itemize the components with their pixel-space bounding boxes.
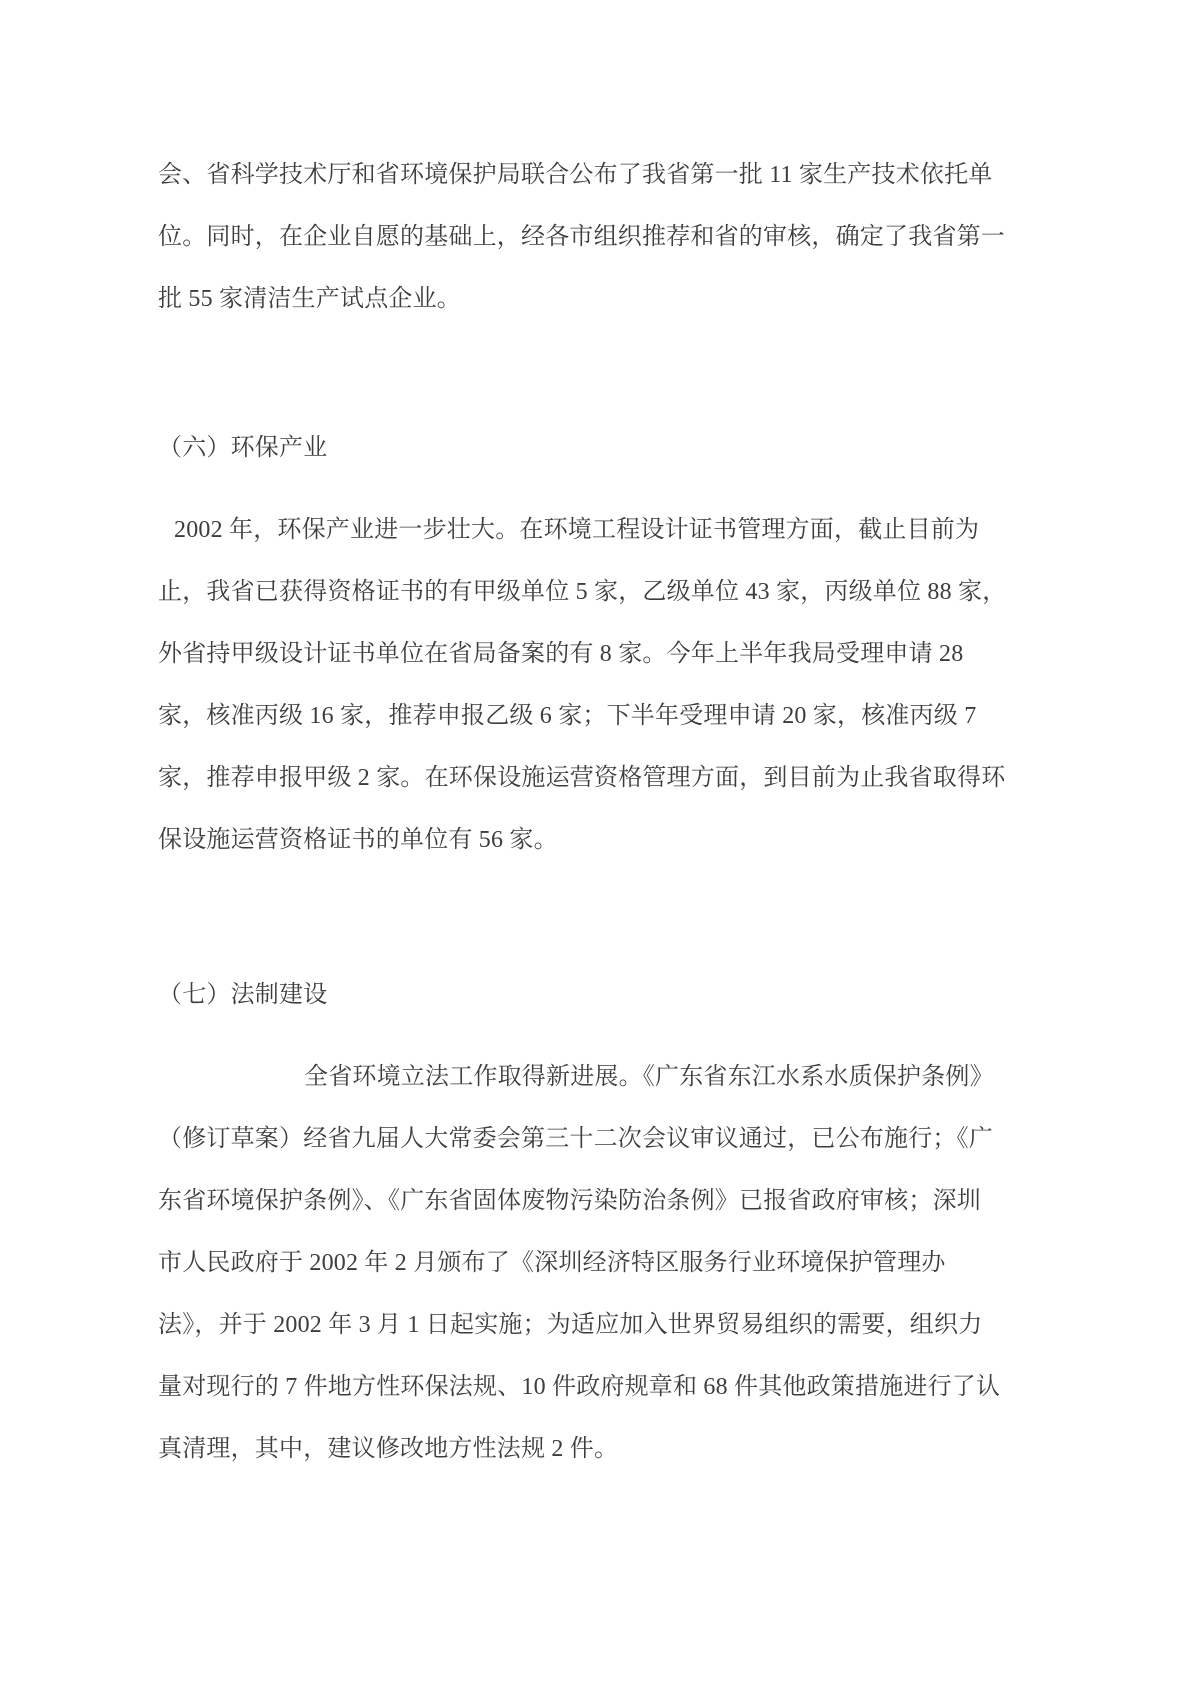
text-line: 家，核准丙级 16 家，推荐申报乙级 6 家；下半年受理申请 20 家，核准丙级… [158,685,1048,747]
text-line: 市人民政府于 2002 年 2 月颁布了《深圳经济特区服务行业环境保护管理办 [158,1232,1048,1294]
text-line: 真清理，其中，建议修改地方性法规 2 件。 [158,1418,1048,1480]
heading-text: （七）法制建设 [158,964,1048,1026]
text-line: 2002 年，环保产业进一步壮大。在环境工程设计证书管理方面，截止目前为 [158,499,1048,561]
text-line: 法》，并于 2002 年 3 月 1 日起实施；为适应加入世界贸易组织的需要，组… [158,1294,1048,1356]
section-heading-legal-construction: （七）法制建设 [158,964,1048,1026]
text-line: 止，我省已获得资格证书的有甲级单位 5 家，乙级单位 43 家，丙级单位 88 … [158,561,1048,623]
paragraph-environmental-industry: 2002 年，环保产业进一步壮大。在环境工程设计证书管理方面，截止目前为 止，我… [158,499,1048,871]
text-line: 位。同时，在企业自愿的基础上，经各市组织推荐和省的审核，确定了我省第一 [158,206,1048,268]
text-line: 批 55 家清洁生产试点企业。 [158,268,1048,330]
text-line: 东省环境保护条例》、《广东省固体废物污染防治条例》已报省政府审核；深圳 [158,1170,1048,1232]
paragraph-cleaner-production: 会、省科学技术厅和省环境保护局联合公布了我省第一批 11 家生产技术依托单 位。… [158,144,1048,330]
text-line: 外省持甲级设计证书单位在省局备案的有 8 家。今年上半年我局受理申请 28 [158,623,1048,685]
document-page: 会、省科学技术厅和省环境保护局联合公布了我省第一批 11 家生产技术依托单 位。… [0,0,1191,1684]
text-line: 会、省科学技术厅和省环境保护局联合公布了我省第一批 11 家生产技术依托单 [158,144,1048,206]
text-line: 保设施运营资格证书的单位有 56 家。 [158,809,1048,871]
section-heading-environmental-industry: （六）环保产业 [158,417,1048,479]
heading-text: （六）环保产业 [158,417,1048,479]
text-line: 家，推荐申报甲级 2 家。在环保设施运营资格管理方面，到目前为止我省取得环 [158,747,1048,809]
text-line: （修订草案）经省九届人大常委会第三十二次会议审议通过，已公布施行；《广 [158,1108,1048,1170]
text-line: 量对现行的 7 件地方性环保法规、10 件政府规章和 68 件其他政策措施进行了… [158,1356,1048,1418]
text-line: 全省环境立法工作取得新进展。《广东省东江水系水质保护条例》 [158,1046,1048,1108]
paragraph-legal-construction: 全省环境立法工作取得新进展。《广东省东江水系水质保护条例》 （修订草案）经省九届… [158,1046,1048,1480]
